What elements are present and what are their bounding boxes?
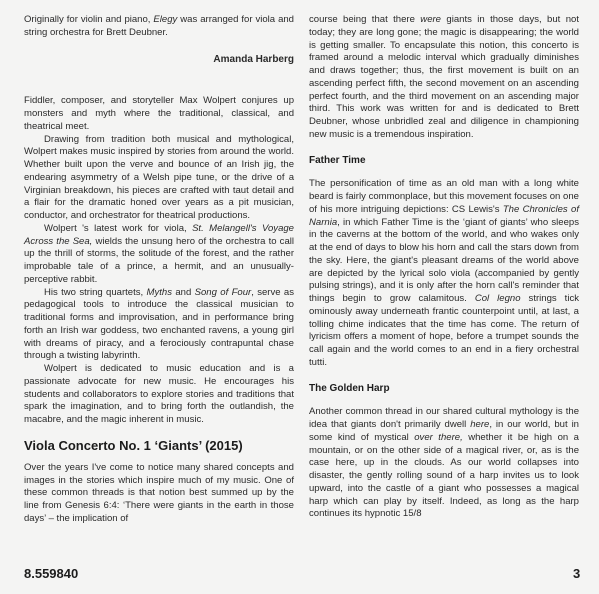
bio-paragraph-4: His two string quartets, Myths and Song … xyxy=(24,287,294,364)
page-number: 3 xyxy=(573,566,580,581)
father-time-paragraph: The personification of time as an old ma… xyxy=(309,178,579,369)
bio-paragraph-5: Wolpert is dedicated to music education … xyxy=(24,363,294,427)
title-elegy: Elegy xyxy=(153,14,177,25)
bio-paragraph-3: Wolpert 's latest work for viola, St. Me… xyxy=(24,223,294,287)
concerto-paragraph: Over the years I've come to notice many … xyxy=(24,462,294,526)
left-column: Originally for violin and piano, Elegy w… xyxy=(24,14,294,526)
catalog-number: 8.559840 xyxy=(24,566,78,581)
bio-intro: Fiddler, composer, and storyteller Max W… xyxy=(24,95,294,133)
spacer xyxy=(24,66,294,95)
golden-harp-paragraph: Another common thread in our shared cult… xyxy=(309,406,579,521)
golden-harp-heading: The Golden Harp xyxy=(309,383,579,396)
right-column: course being that there were giants in t… xyxy=(309,14,579,521)
father-time-heading: Father Time xyxy=(309,155,579,168)
concerto-continued: course being that there were giants in t… xyxy=(309,14,579,142)
booklet-page: Originally for violin and piano, Elegy w… xyxy=(0,0,599,594)
bio-paragraph-2: Drawing from tradition both musical and … xyxy=(24,134,294,223)
signature: Amanda Harberg xyxy=(24,54,294,67)
elegy-note: Originally for violin and piano, Elegy w… xyxy=(24,14,294,40)
concerto-heading: Viola Concerto No. 1 ‘Giants’ (2015) xyxy=(24,438,294,453)
